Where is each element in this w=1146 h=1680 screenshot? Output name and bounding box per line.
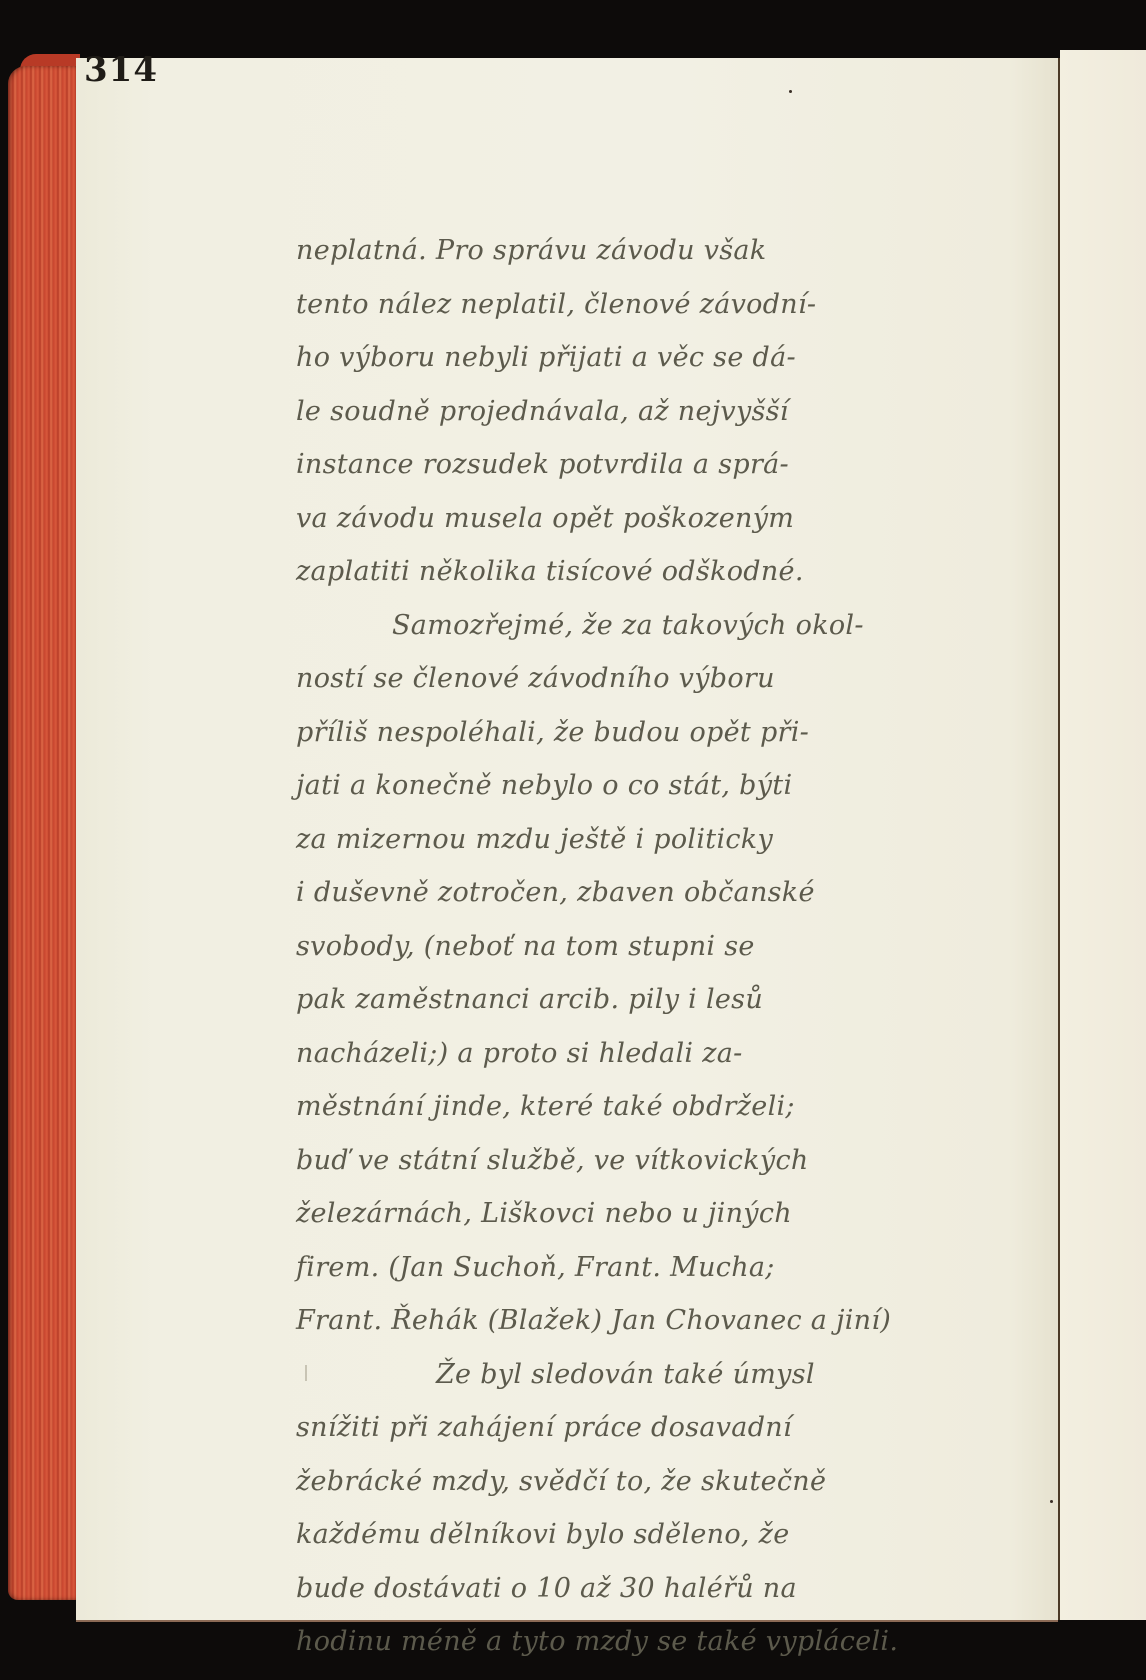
text-line: snížiti při zahájení práce dosavadní — [296, 1401, 936, 1455]
paragraph-start-line: Samozřejmé, že za takových okol- — [296, 599, 936, 653]
text-line: žebrácké mzdy, svědčí to, že skutečně — [296, 1455, 936, 1509]
text-line: bude dostávati o 10 až 30 haléřů na — [296, 1562, 936, 1616]
text-line: příliš nespoléhali, že budou opět při- — [296, 706, 936, 760]
text-line: železárnách, Liškovci nebo u jiných — [296, 1187, 936, 1241]
red-page-edges — [8, 66, 80, 1600]
text-line: každému dělníkovi bylo sděleno, že — [296, 1508, 936, 1562]
text-line: instance rozsudek potvrdila a sprá- — [296, 438, 936, 492]
text-line: i duševně zotročen, zbaven občanské — [296, 866, 936, 920]
text-line: va závodu musela opět poškozeným — [296, 492, 936, 546]
facing-page-edge — [1060, 50, 1146, 1620]
text-line: neplatná. Pro správu závodu však — [296, 224, 936, 278]
text-line: hodinu méně a tyto mzdy se také vyplácel… — [296, 1615, 936, 1669]
page-number: 314 — [84, 50, 158, 90]
text-line: zaplatiti několika tisícové odškodné. — [296, 545, 936, 599]
text-line: městnání jinde, které také obdrželi; — [296, 1080, 936, 1134]
text-line: buď ve státní službě, ve vítkovických — [296, 1134, 936, 1188]
text-line: ností se členové závodního výboru — [296, 652, 936, 706]
text-line: ho výboru nebyli přijati a věc se dá- — [296, 331, 936, 385]
open-book: 314 neplatná. Pro správu závodu však ten… — [0, 0, 1146, 1680]
gutter-line — [1058, 58, 1060, 1620]
text-line: le soudně projednávala, až nejvyšší — [296, 385, 936, 439]
handwritten-text: neplatná. Pro správu závodu však tento n… — [296, 224, 936, 1669]
text-line: tento nález neplatil, členové závodní- — [296, 278, 936, 332]
ink-speck — [1050, 1500, 1053, 1503]
text-line: firem. (Jan Suchoň, Frant. Mucha; — [296, 1241, 936, 1295]
text-line: nacházeli;) a proto si hledali za- — [296, 1027, 936, 1081]
ink-speck — [789, 90, 792, 93]
text-line: Frant. Řehák (Blažek) Jan Chovanec a jin… — [296, 1294, 936, 1348]
text-line: za mizernou mzdu ještě i politicky — [296, 813, 936, 867]
paragraph-start-line: Že byl sledován také úmysl — [296, 1348, 936, 1402]
pencil-margin-mark — [305, 1365, 307, 1381]
text-line: jati a konečně nebylo o co stát, býti — [296, 759, 936, 813]
text-line: svobody, (neboť na tom stupni se — [296, 920, 936, 974]
text-line: pak zaměstnanci arcib. pily i lesů — [296, 973, 936, 1027]
